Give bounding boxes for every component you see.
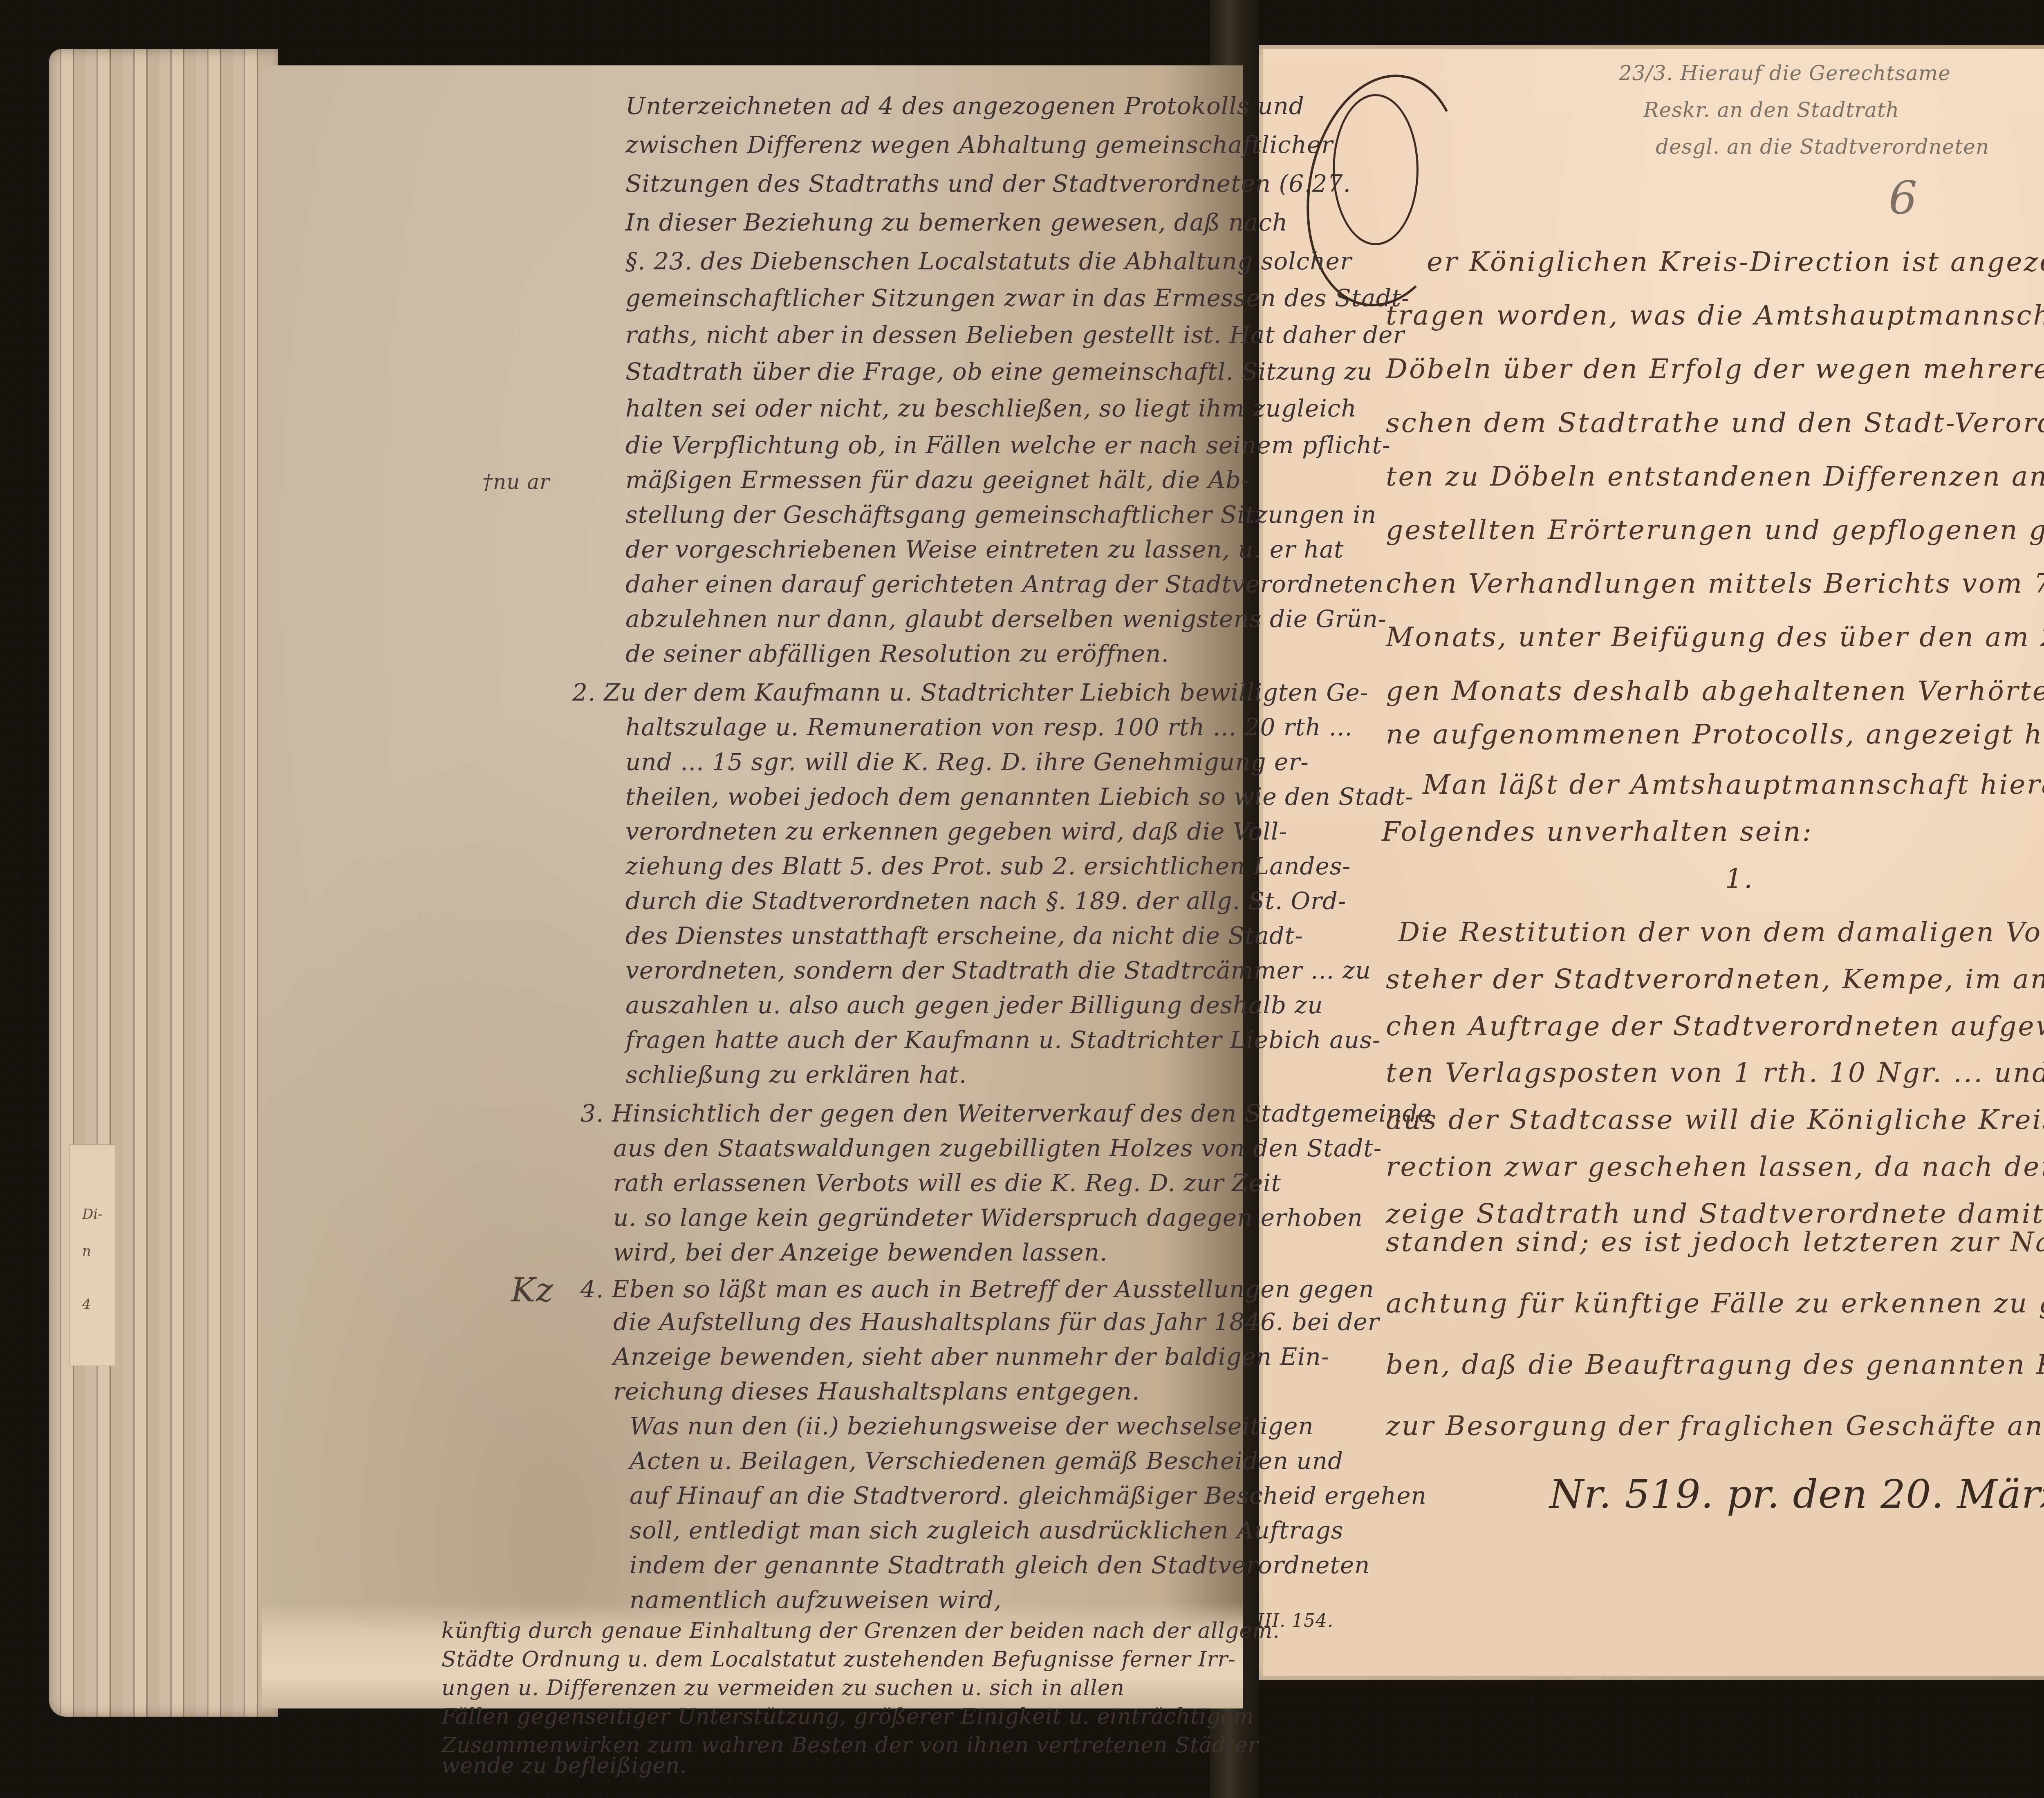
text-line: stellung der Geschäftsgang gemeinschaftl… [625, 501, 1376, 528]
text-line: zur Besorgung der fraglichen Geschäfte a… [1386, 1410, 2044, 1442]
text-line: steher der Stadtverordneten, Kempe, im a… [1386, 963, 2044, 995]
tab-fragment: n [82, 1243, 91, 1259]
margin-note: †nu ar [482, 470, 550, 494]
text-line: ne aufgenommenen Protocolls, angezeigt h… [1386, 719, 2044, 750]
text-line: de seiner abfälligen Resolution zu eröff… [625, 640, 1169, 667]
text-line: Was nun den (ii.) beziehungsweise der we… [630, 1412, 1314, 1440]
text-line: auf Hinauf an die Stadtverord. gleichmäß… [630, 1482, 1427, 1509]
text-line: u. so lange kein gegründeter Widerspruch… [613, 1204, 1363, 1232]
text-line: reichung dieses Haushaltsplans entgegen. [613, 1377, 1140, 1405]
text-line: halten sei oder nicht, zu beschließen, s… [625, 394, 1357, 422]
text-line: §. 23. des Diebenschen Localstatuts die … [625, 247, 1352, 275]
text-line: Döbeln über den Erfolg der wegen mehrere… [1386, 353, 2044, 385]
section-number: 1. [1725, 863, 1754, 894]
text-line: wende zu befleißigen. [442, 1753, 687, 1778]
text-line: haltszulage u. Remuneration von resp. 10… [625, 713, 1353, 741]
text-line: 3. Hinsichtlich der gegen den Weiterverk… [580, 1099, 1432, 1127]
text-line: 4. Eben so läßt man es auch in Betreff d… [580, 1275, 1374, 1303]
left-page-stack [49, 49, 278, 1717]
text-line: auszahlen u. also auch gegen jeder Billi… [625, 991, 1323, 1019]
text-line: die Verpflichtung ob, in Fällen welche e… [625, 431, 1391, 459]
text-line: aus den Staatswaldungen zugebilligten Ho… [613, 1134, 1382, 1162]
text-line: der vorgeschriebenen Weise eintreten zu … [625, 535, 1344, 563]
text-line: indem der genannte Stadtrath gleich den … [630, 1551, 1370, 1579]
text-line: des Dienstes unstatthaft erscheine, da n… [625, 922, 1303, 949]
text-line: In dieser Beziehung zu bemerken gewesen,… [625, 208, 1288, 236]
text-line: Unterzeichneten ad 4 des angezogenen Pro… [625, 92, 1304, 120]
text-line: er Königlichen Kreis-Direction ist angez… [1427, 246, 2044, 278]
pencil-note: Reskr. an den Stadtrath [1643, 98, 1899, 122]
text-line: fragen hatte auch der Kaufmann u. Stadtr… [625, 1026, 1381, 1054]
text-line: ten Verlagsposten von 1 rth. 10 Ngr. ...… [1386, 1057, 2044, 1088]
text-line: theilen, wobei jedoch dem genannten Lieb… [625, 783, 1414, 811]
text-line: namentlich aufzuweisen wird, [630, 1586, 1002, 1614]
text-line: aus der Stadtcasse will die Königliche K… [1386, 1104, 2044, 1135]
text-line: Folgendes unverhalten sein: [1382, 816, 1813, 847]
text-line: durch die Stadtverordneten nach §. 189. … [625, 887, 1347, 915]
text-line: und ... 15 sgr. will die K. Reg. D. ihre… [625, 748, 1309, 776]
text-line: rath erlassenen Verbots will es die K. R… [613, 1169, 1281, 1197]
text-line: schen dem Stadtrathe und den Stadt-Veror… [1386, 407, 2044, 439]
text-line: soll, entledigt man sich zugleich ausdrü… [630, 1516, 1344, 1544]
text-line: Man läßt der Amtshauptmannschaft hierauf [1423, 769, 2044, 800]
pencil-note: 23/3. Hierauf die Gerechtsame [1619, 61, 1951, 85]
text-line: verordneten zu erkennen gegeben wird, da… [625, 817, 1287, 845]
text-line: ungen u. Differenzen zu vermeiden zu suc… [442, 1676, 1125, 1700]
pencil-note: desgl. an die Stadtverordneten [1656, 135, 1989, 159]
pencil-side-mark: 6 [1889, 172, 1918, 224]
text-line: künftig durch genaue Einhaltung der Gren… [442, 1619, 1280, 1643]
text-line: ten zu Döbeln entstandenen Differenzen a… [1386, 461, 2044, 492]
text-line: chen Verhandlungen mittels Berichts vom … [1386, 568, 2044, 599]
text-line: mäßigen Ermessen für dazu geeignet hält,… [625, 466, 1250, 494]
tab-fragment: Di- [82, 1206, 103, 1223]
text-line: Anzeige bewenden, sieht aber nunmehr der… [613, 1343, 1329, 1370]
text-line: standen sind; es ist jedoch letzteren zu… [1386, 1226, 2044, 1258]
text-line: Städte Ordnung u. dem Localstatut zusteh… [442, 1647, 1236, 1672]
text-line: zeige Stadtrath und Stadtverordnete dami… [1386, 1198, 2044, 1229]
text-line: tragen worden, was die Amtshauptmannscha… [1386, 300, 2044, 331]
text-line: chen Auftrage der Stadtverordneten aufge… [1386, 1010, 2044, 1042]
text-line: gen Monats deshalb abgehaltenen Verhörte… [1386, 675, 2044, 707]
text-line: rection zwar geschehen lassen, da nach d… [1386, 1151, 2044, 1182]
text-line: Sitzungen des Stadtraths und der Stadtve… [625, 170, 1351, 197]
text-line: Die Restitution der von dem damaligen Vo… [1398, 916, 2044, 948]
tab-fragment: 4 [82, 1296, 91, 1312]
text-line: Acten u. Beilagen, Verschiedenen gemäß B… [630, 1447, 1343, 1475]
margin-note: Kz [511, 1271, 554, 1309]
lower-folio-mark: III. 154. [1257, 1610, 1334, 1631]
left-protruding-leaf: Di- n 4 [69, 1144, 115, 1366]
text-line: ziehung des Blatt 5. des Prot. sub 2. er… [625, 852, 1351, 880]
text-line: daher einen darauf gerichteten Antrag de… [625, 570, 1384, 598]
text-line: die Aufstellung des Haushaltsplans für d… [613, 1308, 1380, 1336]
text-line: achtung für künftige Fälle zu erkennen z… [1386, 1287, 2044, 1319]
text-line: schließung zu erklären hat. [625, 1061, 967, 1088]
text-line: 2. Zu der dem Kaufmann u. Stadtrichter L… [572, 678, 1368, 706]
text-line: wird, bei der Anzeige bewenden lassen. [613, 1238, 1107, 1266]
text-line: gemeinschaftlicher Sitzungen zwar in das… [625, 284, 1410, 312]
text-line: Monats, unter Beifügung des über den am … [1386, 621, 2044, 653]
text-line: zwischen Differenz wegen Abhaltung gemei… [625, 131, 1333, 159]
decorative-initial-loop [1333, 94, 1419, 245]
text-line: abzulehnen nur dann, glaubt derselben we… [625, 605, 1387, 633]
registration-line: Nr. 519. pr. den 20. März 1846. [1549, 1471, 2044, 1517]
text-line: verordneten, sondern der Stadtrath die S… [625, 956, 1371, 984]
text-line: Stadtrath über die Frage, ob eine gemein… [625, 358, 1373, 385]
text-line: ben, daß die Beauftragung des genannten … [1386, 1349, 2044, 1380]
text-line: raths, nicht aber in dessen Belieben ges… [625, 321, 1405, 349]
text-line: Fällen gegenseitiger Unterstützung, größ… [442, 1704, 1254, 1729]
text-line: gestellten Erörterungen und gepflogenen … [1386, 514, 2044, 546]
